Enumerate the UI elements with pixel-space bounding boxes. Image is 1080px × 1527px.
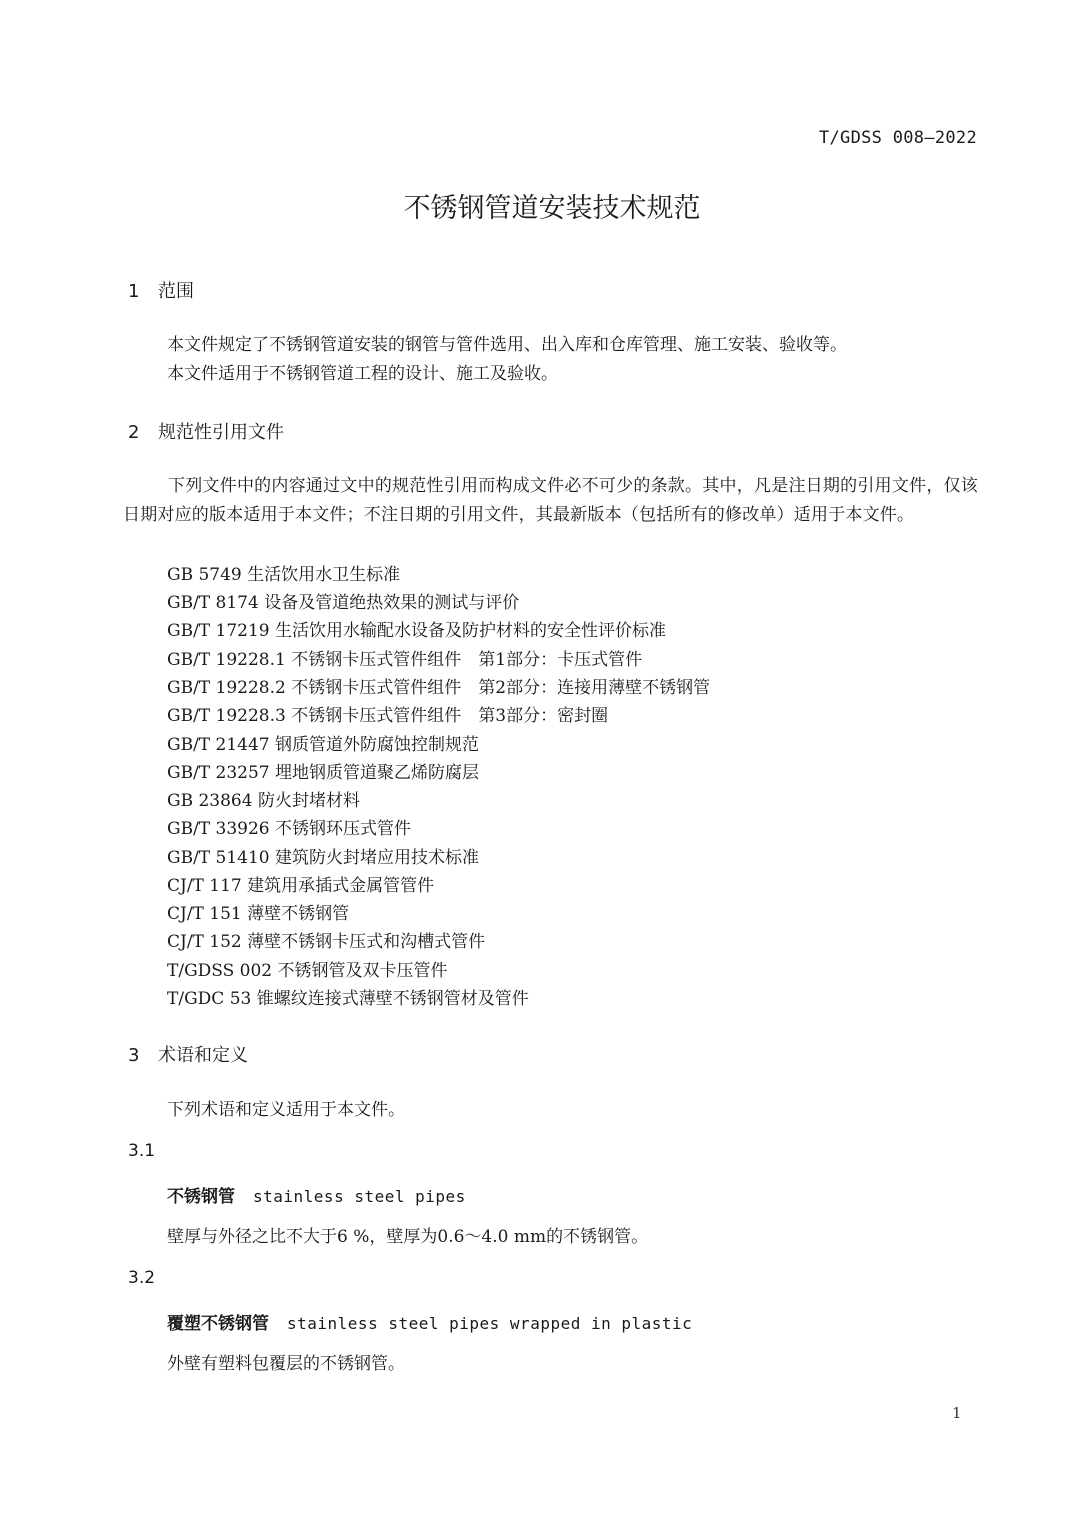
term-number: 3.2: [128, 1268, 155, 1288]
term-entry: 覆塑不锈钢管stainless steel pipes wrapped in p…: [167, 1309, 692, 1334]
section-number: 3: [128, 1045, 158, 1066]
reference-item: GB/T 17219 生活饮用水输配水设备及防护材料的安全性评价标准: [167, 616, 666, 641]
section-number: 2: [128, 422, 158, 443]
section-title: 范围: [158, 281, 194, 302]
reference-item: GB 23864 防火封堵材料: [167, 786, 360, 811]
term-entry: 不锈钢管stainless steel pipes: [167, 1182, 466, 1207]
reference-item: T/GDC 53 锥螺纹连接式薄壁不锈钢管材及管件: [167, 984, 529, 1009]
reference-item: T/GDSS 002 不锈钢管及双卡压管件: [167, 956, 448, 981]
section-title: 规范性引用文件: [158, 422, 284, 443]
section-number: 1: [128, 281, 158, 302]
reference-item: CJ/T 152 薄壁不锈钢卡压式和沟槽式管件: [167, 927, 485, 952]
scope-paragraph: 本文件适用于不锈钢管道工程的设计、施工及验收。: [167, 360, 558, 388]
section-title: 术语和定义: [158, 1045, 248, 1066]
reference-item: GB/T 19228.2 不锈钢卡压式管件组件 第2部分：连接用薄壁不锈钢管: [167, 673, 710, 698]
scope-paragraph: 本文件规定了不锈钢管道安装的钢管与管件选用、出入库和仓库管理、施工安装、验收等。: [167, 331, 847, 359]
term-definition: 壁厚与外径之比不大于6 %，壁厚为0.6～4.0 mm的不锈钢管。: [167, 1223, 648, 1251]
section-heading-scope: 1范围: [128, 277, 194, 303]
page-number: 1: [952, 1404, 962, 1422]
term-definition: 外壁有塑料包覆层的不锈钢管。: [167, 1350, 405, 1378]
term-english: stainless steel pipes wrapped in plastic: [287, 1314, 692, 1333]
references-intro: 下列文件中的内容通过文中的规范性引用而构成文件必不可少的条款。其中，凡是注日期的…: [123, 472, 978, 529]
page-title: 不锈钢管道安装技术规范: [0, 186, 1080, 225]
reference-item: GB 5749 生活饮用水卫生标准: [167, 560, 400, 585]
reference-item: GB/T 33926 不锈钢环压式管件: [167, 814, 411, 839]
terms-intro: 下列术语和定义适用于本文件。: [167, 1096, 405, 1124]
section-heading-terms-definitions: 3术语和定义: [128, 1041, 248, 1067]
term-chinese: 不锈钢管: [167, 1187, 235, 1207]
reference-item: GB/T 8174 设备及管道绝热效果的测试与评价: [167, 588, 519, 613]
term-chinese: 覆塑不锈钢管: [167, 1314, 269, 1334]
reference-item: GB/T 19228.1 不锈钢卡压式管件组件 第1部分：卡压式管件: [167, 645, 642, 670]
reference-item: CJ/T 151 薄壁不锈钢管: [167, 899, 349, 924]
term-number: 3.1: [128, 1141, 155, 1161]
document-number: T/GDSS 008—2022: [819, 128, 977, 148]
reference-item: CJ/T 117 建筑用承插式金属管管件: [167, 871, 434, 896]
reference-item: GB/T 19228.3 不锈钢卡压式管件组件 第3部分：密封圈: [167, 701, 608, 726]
reference-item: GB/T 23257 埋地钢质管道聚乙烯防腐层: [167, 758, 479, 783]
section-heading-normative-references: 2规范性引用文件: [128, 418, 284, 444]
reference-item: GB/T 51410 建筑防火封堵应用技术标准: [167, 843, 479, 868]
reference-item: GB/T 21447 钢质管道外防腐蚀控制规范: [167, 730, 479, 755]
term-english: stainless steel pipes: [253, 1187, 466, 1206]
